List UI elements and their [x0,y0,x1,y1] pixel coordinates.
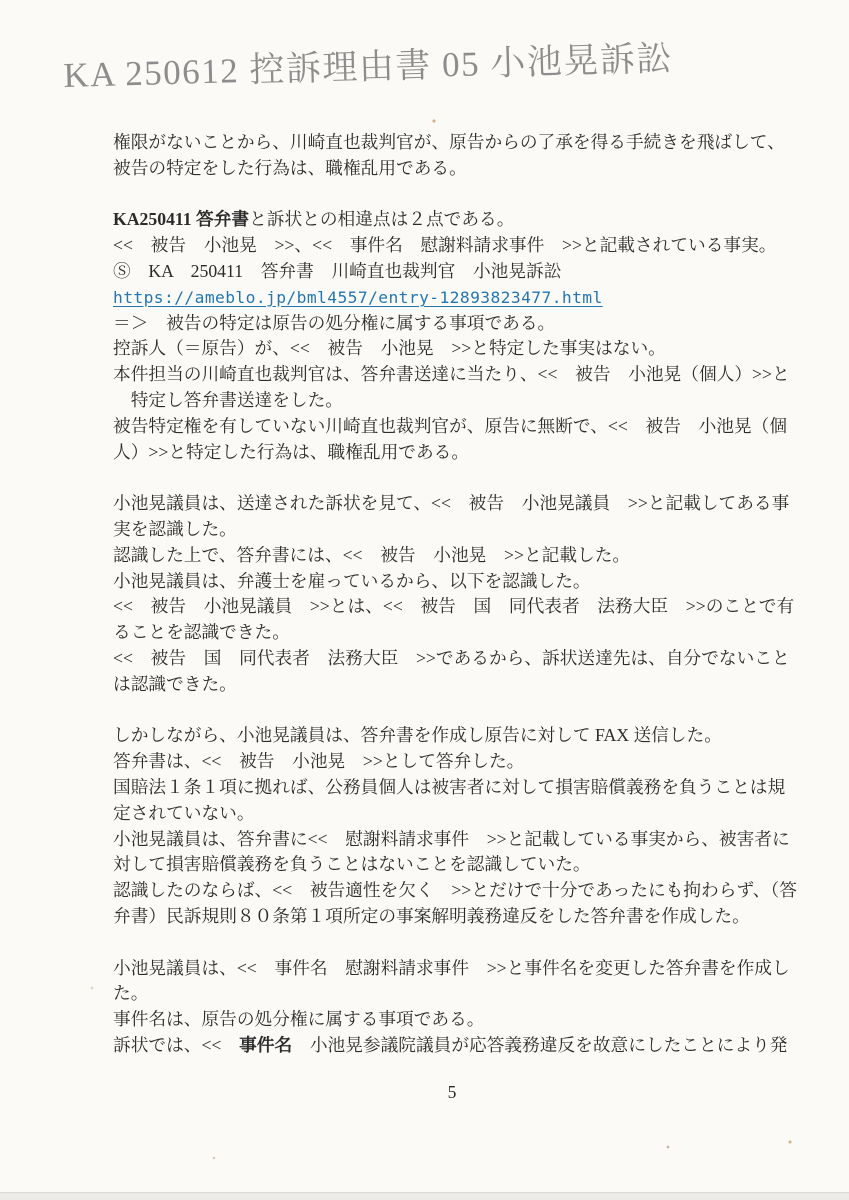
text-segment: と訴状との相違点は２点である。 [249,209,514,229]
document-line: 人）>>と特定した行為は、職権乱用である。 [113,440,793,466]
text-segment: ることを認識できた。 [113,622,290,642]
text-segment: 小池晃議員は、弁護士を雇っているから、以下を認識した。 [113,571,591,591]
blank-line [113,698,793,724]
document-line: https://ameblo.jp/bml4557/entry-12893823… [113,285,793,311]
document-line: KA250411 答弁書と訴状との相違点は２点である。 [113,207,793,233]
document-line: 被告特定権を有していない川崎直也裁判官が、原告に無断で、<< 被告 小池晃（個 [113,414,793,440]
text-segment: 弁書）民訴規則８０条第１項所定の事案解明義務違反をした答弁書を作成した。 [113,906,750,926]
document-line: 小池晃議員は、答弁書に<< 慰謝料請求事件 >>と記載している事実から、被害者に [113,827,793,853]
scan-bottom-edge [0,1192,849,1200]
text-segment: 定されていない。 [113,803,255,823]
text-segment: 人）>>と特定した行為は、職権乱用である。 [113,442,469,462]
ameblo-link[interactable]: https://ameblo.jp/bml4557/entry-12893823… [113,288,603,307]
text-segment: 認識したのならば、<< 被告適性を欠く >>とだけで十分であったにも拘わらず、（… [113,880,797,900]
bold-text-segment: KA250411 答弁書 [113,209,249,229]
document-line: 権限がないことから、川崎直也裁判官が、原告からの了承を得る手続きを飛ばして、 [113,130,793,156]
bold-text-segment: 事件名 [239,1035,292,1055]
document-line: 答弁書は、<< 被告 小池晃 >>として答弁した。 [113,749,793,775]
document-line: 定されていない。 [113,801,793,827]
text-segment: 小池晃参議院議員が応答義務違反を故意にしたことにより発 [292,1035,787,1055]
text-segment: 被告の特定をした行為は、職権乱用である。 [113,158,467,178]
document-line: は認識できた。 [113,672,793,698]
document-line: 被告の特定をした行為は、職権乱用である。 [113,156,793,182]
text-segment: << 被告 小池晃議員 >>とは、<< 被告 国 同代表者 法務大臣 >>のこと… [113,596,794,616]
document-line: 認識した上で、答弁書には、<< 被告 小池晃 >>と記載した。 [113,543,793,569]
text-segment: しかしながら、小池晃議員は、答弁書を作成し原告に対して FAX 送信した。 [113,725,722,745]
text-segment: 答弁書は、<< 被告 小池晃 >>として答弁した。 [113,751,524,771]
document-line: Ⓢ KA 250411 答弁書 川崎直也裁判官 小池晃訴訟 [113,259,793,285]
document-line: 本件担当の川崎直也裁判官は、答弁書送達に当たり、<< 被告 小池晃（個人）>>と [113,362,793,388]
text-segment: 被告特定権を有していない川崎直也裁判官が、原告に無断で、<< 被告 小池晃（個 [113,416,787,436]
document-line: 小池晃議員は、弁護士を雇っているから、以下を認識した。 [113,569,793,595]
text-segment: << 被告 小池晃 >>、<< 事件名 慰謝料請求事件 >>と記載されている事実… [113,235,777,255]
document-line: 小池晃議員は、送達された訴状を見て、<< 被告 小池晃議員 >>と記載してある事 [113,491,793,517]
text-segment: 控訴人（＝原告）が、<< 被告 小池晃 >>と特定した事実はない。 [113,338,666,358]
text-segment: 訴状では、<< [113,1035,239,1055]
document-line: 小池晃議員は、<< 事件名 慰謝料請求事件 >>と事件名を変更した答弁書を作成し [113,956,793,982]
document-line: 控訴人（＝原告）が、<< 被告 小池晃 >>と特定した事実はない。 [113,336,793,362]
text-segment: 認識した上で、答弁書には、<< 被告 小池晃 >>と記載した。 [113,545,630,565]
text-segment: は認識できた。 [113,674,237,694]
document-line: ることを認識できた。 [113,620,793,646]
text-segment: 特定し答弁書送達をした。 [113,390,343,410]
document-line: 国賠法１条１項に拠れば、公務員個人は被害者に対して損害賠償義務を負うことは規 [113,775,793,801]
text-segment: << 被告 国 同代表者 法務大臣 >>であるから、訴状送達先は、自分でないこと [113,648,790,668]
text-segment: ＝＞ 被告の特定は原告の処分権に属する事項である。 [113,313,555,333]
text-segment: 小池晃議員は、答弁書に<< 慰謝料請求事件 >>と記載している事実から、被害者に [113,829,790,849]
text-segment: 小池晃議員は、<< 事件名 慰謝料請求事件 >>と事件名を変更した答弁書を作成し [113,958,790,978]
document-line: た。 [113,981,793,1007]
blank-line [113,930,793,956]
text-segment: 国賠法１条１項に拠れば、公務員個人は被害者に対して損害賠償義務を負うことは規 [113,777,785,797]
text-segment: 小池晃議員は、送達された訴状を見て、<< 被告 小池晃議員 >>と記載してある事 [113,493,789,513]
document-line: << 被告 国 同代表者 法務大臣 >>であるから、訴状送達先は、自分でないこと [113,646,793,672]
document-line: 訴状では、<< 事件名 小池晃参議院議員が応答義務違反を故意にしたことにより発 [113,1033,793,1059]
document-line: 認識したのならば、<< 被告適性を欠く >>とだけで十分であったにも拘わらず、（… [113,878,793,904]
text-segment: 対して損害賠償義務を負うことはないことを認識していた。 [113,854,591,874]
document-line: しかしながら、小池晃議員は、答弁書を作成し原告に対して FAX 送信した。 [113,723,793,749]
blank-line [113,465,793,491]
text-segment: Ⓢ KA 250411 答弁書 川崎直也裁判官 小池晃訴訟 [113,261,561,281]
scanned-page: KA 250612 控訴理由書 05 小池晃訴訟 権限がないことから、川崎直也裁… [0,0,849,1200]
document-line: << 被告 小池晃 >>、<< 事件名 慰謝料請求事件 >>と記載されている事実… [113,233,793,259]
page-number: 5 [113,1082,791,1103]
document-body: 権限がないことから、川崎直也裁判官が、原告からの了承を得る手続きを飛ばして、被告… [113,130,793,1059]
text-segment: 事件名は、原告の処分権に属する事項である。 [113,1009,484,1029]
text-segment: 実を認識した。 [113,519,237,539]
document-line: ＝＞ 被告の特定は原告の処分権に属する事項である。 [113,311,793,337]
document-line: 特定し答弁書送達をした。 [113,388,793,414]
document-line: 実を認識した。 [113,517,793,543]
text-segment: 本件担当の川崎直也裁判官は、答弁書送達に当たり、<< 被告 小池晃（個人）>>と [113,364,790,384]
document-line: << 被告 小池晃議員 >>とは、<< 被告 国 同代表者 法務大臣 >>のこと… [113,594,793,620]
text-segment: 権限がないことから、川崎直也裁判官が、原告からの了承を得る手続きを飛ばして、 [113,132,785,152]
blank-line [113,182,793,208]
document-line: 事件名は、原告の処分権に属する事項である。 [113,1007,793,1033]
document-line: 弁書）民訴規則８０条第１項所定の事案解明義務違反をした答弁書を作成した。 [113,904,793,930]
text-segment: た。 [113,983,148,1003]
handwritten-header: KA 250612 控訴理由書 05 小池晃訴訟 [63,31,674,98]
document-line: 対して損害賠償義務を負うことはないことを認識していた。 [113,852,793,878]
